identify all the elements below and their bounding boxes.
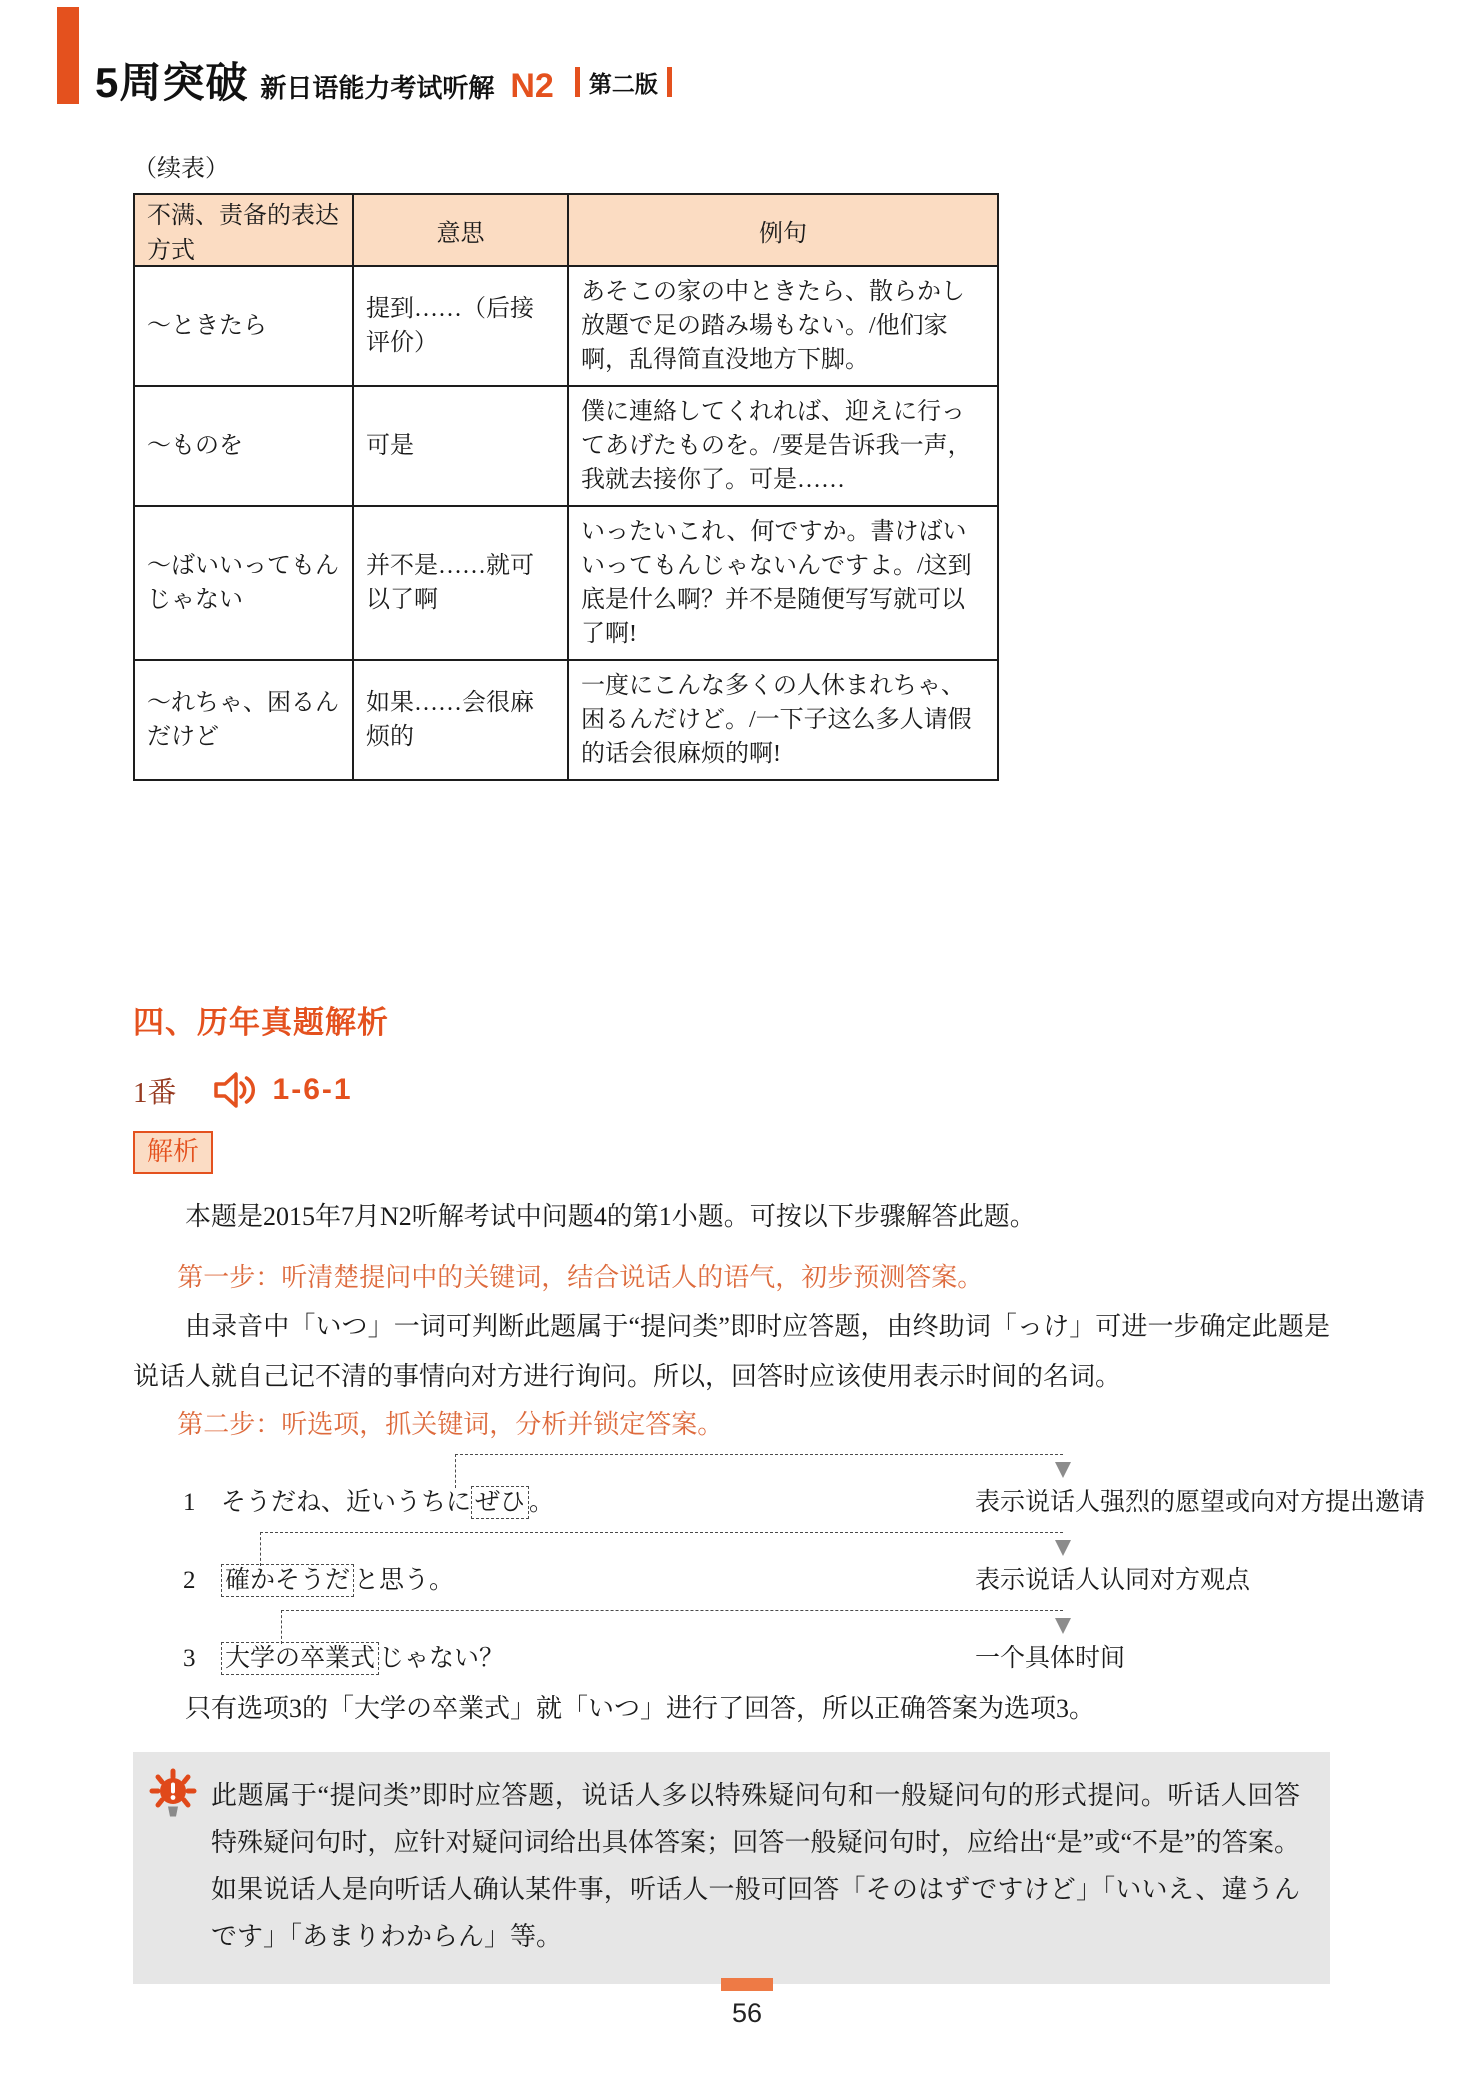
analysis-intro: 本题是2015年7月N2听解考试中问题4的第1小题。可按以下步骤解答此题。 <box>133 1192 1330 1242</box>
meaning-cell: 并不是……就可以了啊 <box>353 506 568 660</box>
option-number: 2 <box>183 1567 221 1595</box>
down-arrow-icon <box>1055 1618 1071 1634</box>
keyword-box: 確かそうだ <box>221 1564 354 1597</box>
col-header-example: 例句 <box>568 194 998 266</box>
col-header-expression: 不满、责备的表达方式 <box>134 194 353 266</box>
option-post-text: 。 <box>529 1489 554 1516</box>
option-row-2: 2確かそうだと思う。 表示说话人认同对方观点 <box>133 1524 1330 1602</box>
lightbulb-icon <box>149 1768 197 1829</box>
section-heading: 四、历年真题解析 <box>133 997 1330 1042</box>
down-arrow-icon <box>1055 1462 1071 1478</box>
table-header-row: 不满、责备的表达方式 意思 例句 <box>134 194 998 266</box>
option-pre-text: そうだね、近いうちに <box>221 1489 471 1516</box>
example-cell: あそこの家の中ときたら、散らかし放題で足の踏み場もない。/他们家啊，乱得简直没地… <box>568 266 998 386</box>
book-subtitle: 新日语能力考试听解 <box>260 68 494 105</box>
audio-track-number: 1-6-1 <box>273 1073 353 1107</box>
option-number: 1 <box>183 1489 221 1517</box>
page-number: 56 <box>697 1998 797 2029</box>
question-number-row: 1番 1-6-1 <box>133 1066 1330 1114</box>
tip-box: 此题属于“提问类”即时应答题，说话人多以特殊疑问句和一般疑问句的形式提问。听话人… <box>133 1752 1330 1984</box>
option-note: 一个具体时间 <box>975 1638 1125 1674</box>
tip-text: 此题属于“提问类”即时应答题，说话人多以特殊疑问句和一般疑问句的形式提问。听话人… <box>211 1772 1300 1960</box>
keyword-box: ぜひ <box>471 1486 529 1519</box>
analysis-label: 解析 <box>133 1131 213 1174</box>
col-header-meaning: 意思 <box>353 194 568 266</box>
keyword-box: 大学の卒業式 <box>221 1642 379 1675</box>
table-row: ～ものを 可是 僕に連絡してくれれば、迎えに行ってあげたものを。/要是告诉我一声… <box>134 386 998 506</box>
table-row: ～れちゃ、困るんだけど 如果……会很麻烦的 一度にこんな多くの人休まれちゃ、困る… <box>134 660 998 780</box>
down-arrow-icon <box>1055 1540 1071 1556</box>
step-1-line: 第一步：听清楚提问中的关键词，结合说话人的语气，初步预测答案。 <box>133 1252 1330 1302</box>
expression-cell: ～れちゃ、困るんだけど <box>134 660 353 780</box>
option-text: 3大学の卒業式じゃない？ <box>183 1638 504 1674</box>
option-post-text: と思う。 <box>354 1567 454 1594</box>
option-row-1: 1そうだね、近いうちにぜひ。 表示说话人强烈的愿望或向对方提出邀请 <box>133 1446 1330 1524</box>
option-number: 3 <box>183 1645 221 1673</box>
expression-cell: ～ばいいってもんじゃない <box>134 506 353 660</box>
header-accent-bar <box>57 7 79 104</box>
table-row: ～ときたら 提到……（后接评价） あそこの家の中ときたら、散らかし放題で足の踏み… <box>134 266 998 386</box>
edition-bar-left <box>575 67 580 97</box>
option-note: 表示说话人认同对方观点 <box>975 1560 1250 1596</box>
option-text: 1そうだね、近いうちにぜひ。 <box>183 1482 554 1518</box>
example-cell: 僕に連絡してくれれば、迎えに行ってあげたものを。/要是告诉我一声，我就去接你了。… <box>568 386 998 506</box>
edition-label: 第二版 <box>566 66 681 99</box>
option-note: 表示说话人强烈的愿望或向对方提出邀请 <box>975 1482 1425 1518</box>
meaning-cell: 可是 <box>353 386 568 506</box>
answer-options: 1そうだね、近いうちにぜひ。 表示说话人强烈的愿望或向对方提出邀请 2確かそうだ… <box>133 1446 1330 1680</box>
analysis-conclusion: 只有选项3的「大学の卒業式」就「いつ」进行了回答，所以正确答案为选项3。 <box>133 1684 1330 1734</box>
option-row-3: 3大学の卒業式じゃない？ 一个具体时间 <box>133 1602 1330 1680</box>
meaning-cell: 如果……会很麻烦的 <box>353 660 568 780</box>
table-continued-label: （续表） <box>133 148 1330 183</box>
edition-text: 第二版 <box>589 66 658 99</box>
expression-cell: ～ときたら <box>134 266 353 386</box>
series-title: 5周突破 <box>95 50 248 110</box>
footer-accent-bar <box>721 1978 773 1991</box>
analysis-paragraph: 由录音中「いつ」一词可判断此题属于“提问类”即时应答题，由终助词「っけ」可进一步… <box>133 1302 1330 1402</box>
book-header: 5周突破 新日语能力考试听解 N2 第二版 <box>95 50 681 110</box>
expression-cell: ～ものを <box>134 386 353 506</box>
speaker-icon <box>213 1071 259 1109</box>
option-post-text: じゃない？ <box>379 1645 504 1672</box>
expressions-table: 不满、责备的表达方式 意思 例句 ～ときたら 提到……（后接评价） あそこの家の… <box>133 193 999 781</box>
level-badge: N2 <box>510 67 553 106</box>
book-page: 5周突破 新日语能力考试听解 N2 第二版 （续表） 不满、责备的表达方式 意思… <box>0 0 1461 2089</box>
question-number: 1番 <box>133 1070 177 1111</box>
table-row: ～ばいいってもんじゃない 并不是……就可以了啊 いったいこれ、何ですか。書けばい… <box>134 506 998 660</box>
page-content: （续表） 不满、责备的表达方式 意思 例句 ～ときたら 提到……（后接评价） あ… <box>133 148 1330 1984</box>
edition-bar-right <box>667 67 672 97</box>
meaning-cell: 提到……（后接评价） <box>353 266 568 386</box>
example-cell: 一度にこんな多くの人休まれちゃ、困るんだけど。/一下子这么多人请假的话会很麻烦的… <box>568 660 998 780</box>
option-text: 2確かそうだと思う。 <box>183 1560 454 1596</box>
example-cell: いったいこれ、何ですか。書けばいいってもんじゃないんですよ。/这到底是什么啊？并… <box>568 506 998 660</box>
step-2-line: 第二步：听选项，抓关键词，分析并锁定答案。 <box>133 1402 1330 1446</box>
